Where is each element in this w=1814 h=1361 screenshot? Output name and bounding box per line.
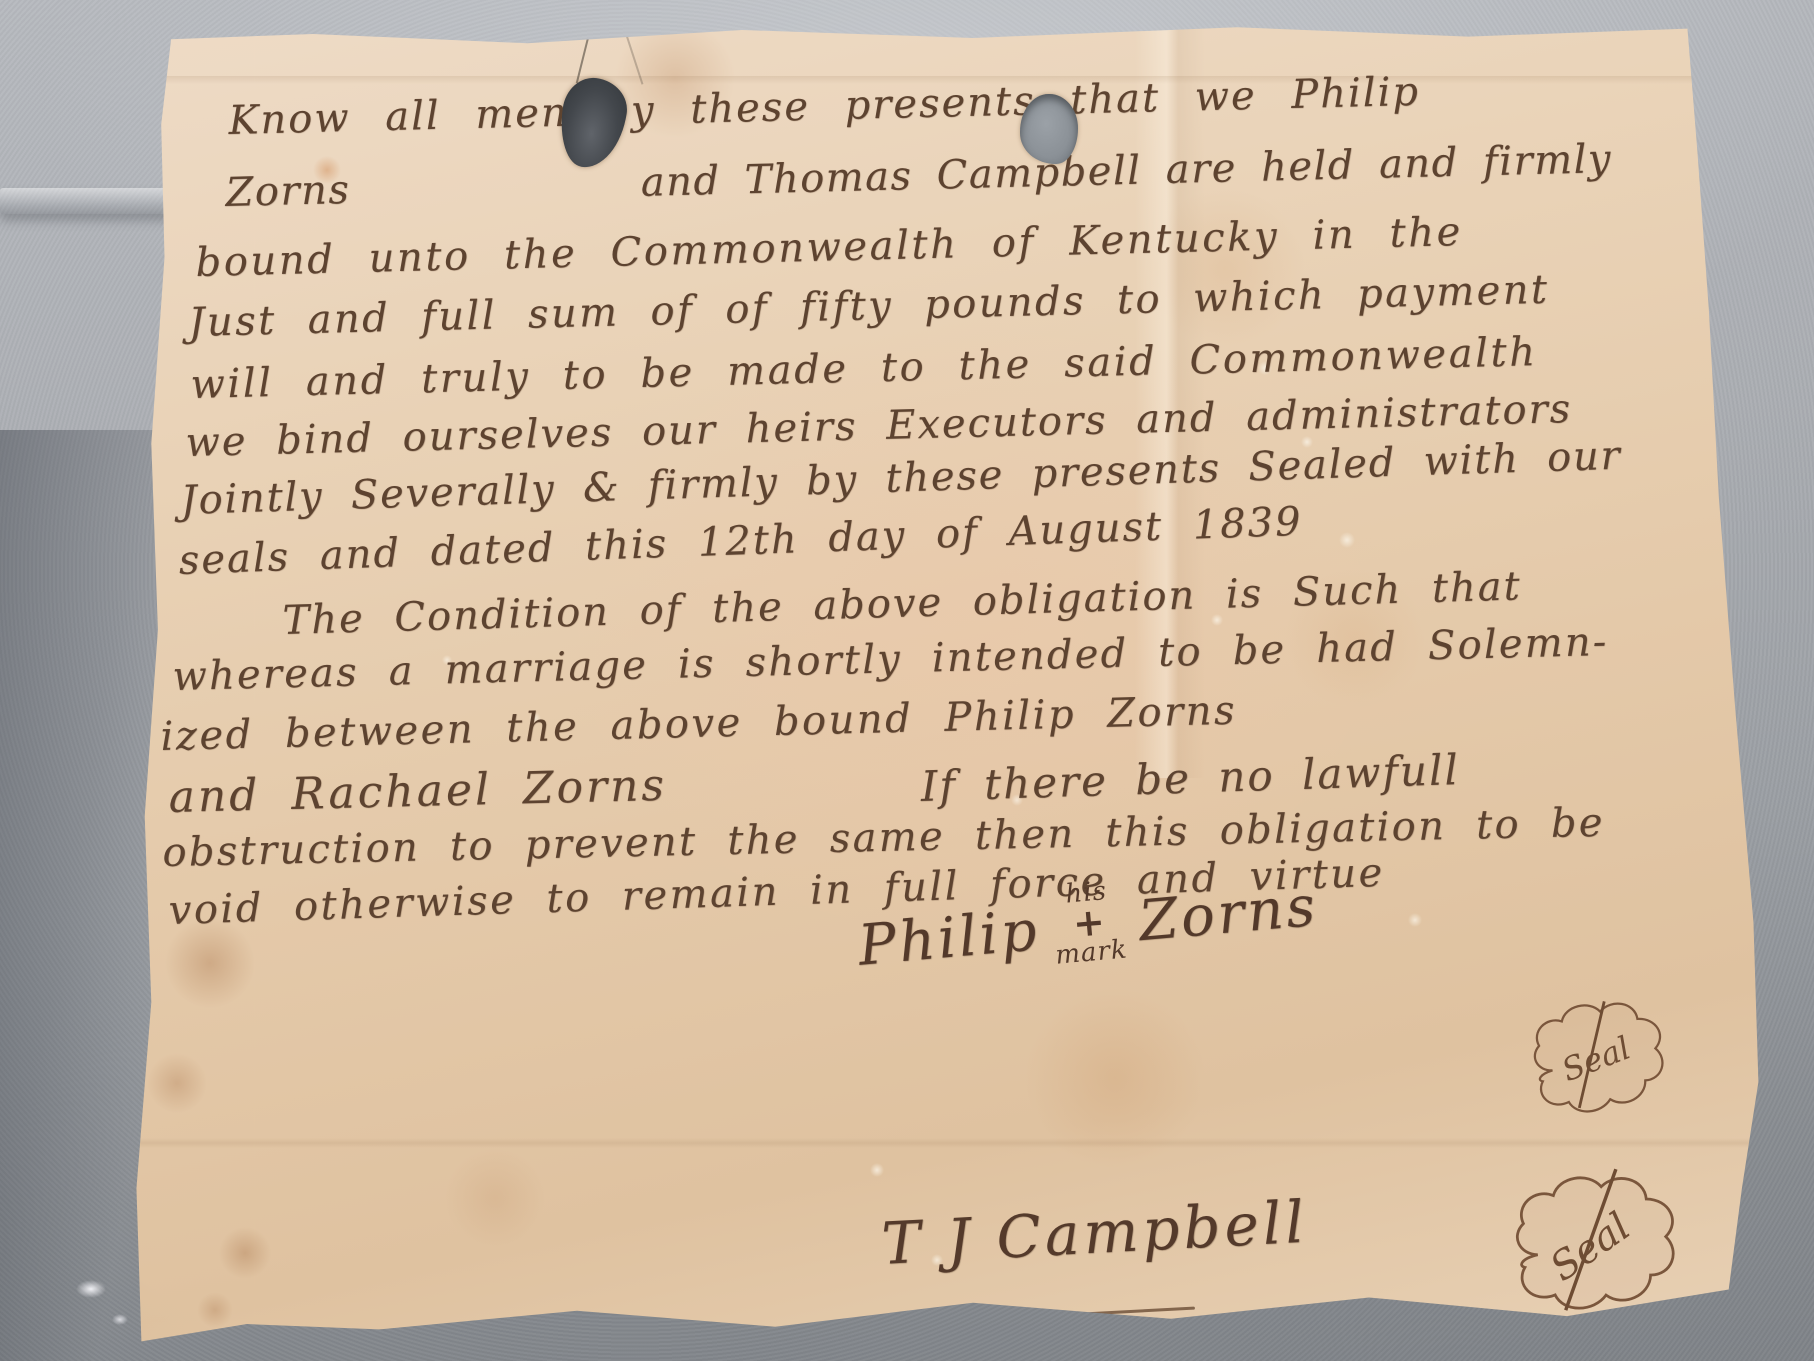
punch-hole [1020,94,1078,164]
x-mark: + [1072,904,1107,941]
photo-background: Know all men by these presents that we P… [0,0,1814,1361]
mark-label: mark [1054,937,1128,969]
document-paper: Know all men by these presents that we P… [115,18,1765,1348]
desk-seam [0,188,178,214]
dust-speck [112,1314,128,1325]
his-mark: his + mark [1049,877,1129,969]
seal-icon: Seal [1506,984,1683,1130]
signature-philip-last-name: Zorns [1136,873,1320,953]
signature-philip-first-name: Philip [856,898,1042,979]
dust-speck [76,1280,106,1298]
paper-fold-crease [115,1138,1765,1148]
seal-icon: Seal [1487,1158,1696,1327]
